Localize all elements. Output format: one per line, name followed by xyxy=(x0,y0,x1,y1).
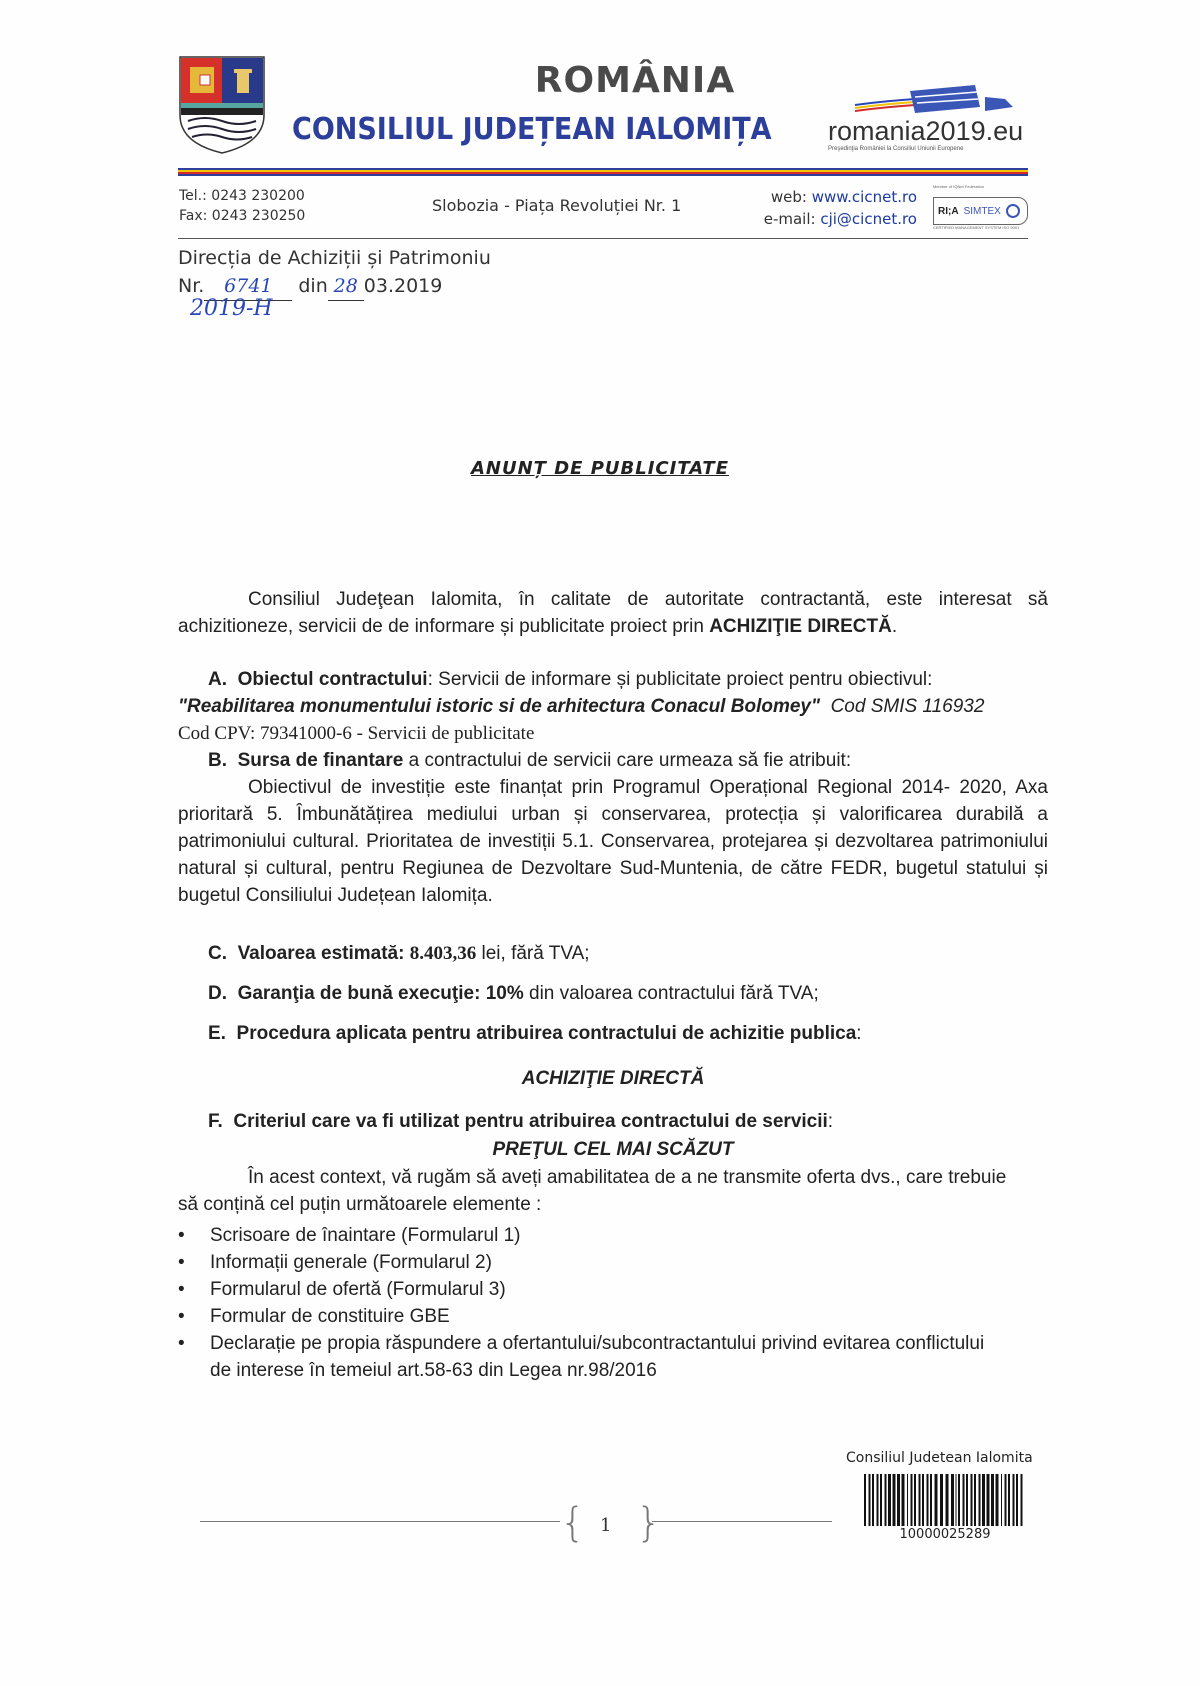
section-b-text: a contractului de servicii care urmeaza … xyxy=(403,750,851,771)
section-a-text: : Servicii de informare și publicitate p… xyxy=(428,669,933,690)
din-label: din xyxy=(298,275,327,297)
section-c-text: lei, fără TVA; xyxy=(476,943,589,964)
eu-presidency-logo-icon xyxy=(855,85,1015,115)
section-d-letter: D. xyxy=(208,983,227,1004)
nr-label: Nr. xyxy=(178,275,204,297)
section-f-heading: Criteriul care va fi utilizat pentru atr… xyxy=(233,1111,827,1132)
section-c-letter: C. xyxy=(208,943,227,964)
project-name: "Reabilitarea monumentului istoric si de… xyxy=(178,696,820,717)
section-e: E. Procedura aplicata pentru atribuirea … xyxy=(178,1020,1078,1047)
page-number: 1 xyxy=(600,1515,611,1536)
footer-rule-left xyxy=(200,1521,560,1522)
criterion-value: PREŢUL CEL MAI SCĂZUT xyxy=(178,1136,1048,1163)
section-b-heading: Sursa de finantare xyxy=(238,750,404,771)
certification-badge: Member of IQNet Federation RI;A SIMTEX C… xyxy=(933,184,1028,234)
section-b: B. Sursa de finantare a contractului de … xyxy=(178,747,1048,909)
list-item: Formularul de ofertă (Formularul 3) xyxy=(178,1276,1008,1303)
section-c-heading: Valoarea estimată xyxy=(238,943,399,964)
section-b-letter: B. xyxy=(208,750,227,771)
section-d-text: din valoarea contractului fără TVA; xyxy=(524,983,819,1004)
section-d: D. Garanţia de bună execuţie: 10% din va… xyxy=(178,980,1078,1007)
section-e-heading: Procedura aplicata pentru atribuirea con… xyxy=(237,1023,857,1044)
tricolor-divider xyxy=(178,168,1028,178)
institution-title: CONSILIUL JUDEȚEAN IALOMIȚA xyxy=(292,112,772,147)
email-label: e-mail: xyxy=(764,210,816,228)
cert-brand-1: RI;A xyxy=(938,206,959,217)
section-a-heading: Obiectul contractului xyxy=(238,669,428,690)
document-title: ANUNȚ DE PUBLICITATE xyxy=(0,458,1200,479)
fax: Fax: 0243 230250 xyxy=(179,206,305,226)
estimated-value: 8.403,36 xyxy=(410,943,477,964)
criterion-value-text: PREŢUL CEL MAI SCĂZUT xyxy=(492,1139,733,1160)
list-item: Declarație pe propia răspundere a oferta… xyxy=(178,1330,1008,1384)
procedure-value: ACHIZIŢIE DIRECTĂ xyxy=(178,1065,1048,1092)
web-label: web: xyxy=(771,188,807,206)
registration-date: 03.2019 xyxy=(364,275,443,297)
cert-circle-icon xyxy=(1006,204,1020,218)
left-brace-icon: { xyxy=(560,1500,585,1546)
section-e-letter: E. xyxy=(208,1023,226,1044)
cert-brand-2: SIMTEX xyxy=(964,206,1001,217)
procedure-value-text: ACHIZIŢIE DIRECTĂ xyxy=(522,1068,705,1089)
section-d-heading: Garanţia de bună execuţie: 10% xyxy=(238,983,524,1004)
list-item: Formular de constituire GBE xyxy=(178,1303,1008,1330)
handwritten-note: 2019-H xyxy=(190,296,273,321)
country-title: ROMÂNIA xyxy=(0,60,1200,101)
eu-presidency-text: romania2019.eu xyxy=(828,116,1023,147)
closing-paragraph: În acest context, vă rugăm să aveți amab… xyxy=(178,1164,1008,1218)
intro-paragraph: Consiliul Judeţean Ialomita, în calitate… xyxy=(178,586,1048,640)
list-item: Informații generale (Formularul 2) xyxy=(178,1249,1008,1276)
phone: Tel.: 0243 230200 xyxy=(179,186,305,206)
section-f: F. Criteriul care va fi utilizat pentru … xyxy=(178,1108,1078,1135)
list-item: Scrisoare de înaintare (Formularul 1) xyxy=(178,1222,1008,1249)
barcode-number: 10000025289 xyxy=(864,1527,1026,1542)
section-e-text: : xyxy=(856,1023,861,1044)
footer-rule-right xyxy=(652,1521,832,1522)
barcode-label: Consiliul Judetean Ialomita xyxy=(846,1450,1033,1466)
cert-bottom-text: CERTIFIED MANAGEMENT SYSTEM ISO 9001 xyxy=(933,225,1028,230)
reference-block: Direcția de Achiziții și Patrimoniu Nr.6… xyxy=(178,244,491,301)
section-f-letter: F. xyxy=(208,1111,223,1132)
intro-bold: ACHIZIŢIE DIRECTĂ xyxy=(709,616,892,637)
intro-end: . xyxy=(892,616,897,637)
section-f-text: : xyxy=(828,1111,833,1132)
section-a-letter: A. xyxy=(208,669,227,690)
barcode-icon xyxy=(864,1474,1026,1526)
funding-paragraph: Obiectivul de investiție este finanțat p… xyxy=(178,774,1048,909)
web-link[interactable]: www.cicnet.ro xyxy=(812,188,917,206)
cpv-code: Cod CPV: 79341000-6 - Servicii de public… xyxy=(178,720,1048,747)
department: Direcția de Achiziții și Patrimoniu xyxy=(178,244,491,272)
email-link[interactable]: cji@cicnet.ro xyxy=(820,210,917,228)
web-email-block: web: www.cicnet.ro e-mail: cji@cicnet.ro xyxy=(752,186,917,230)
section-a: A. Obiectul contractului: Servicii de in… xyxy=(178,666,1048,747)
address: Slobozia - Piața Revoluției Nr. 1 xyxy=(432,196,681,215)
intro-text: Consiliul Judeţean Ialomita, în calitate… xyxy=(178,589,1048,637)
section-c-colon: : xyxy=(398,943,410,964)
smis-code: Cod SMIS 116932 xyxy=(831,696,985,717)
cert-top-text: Member of IQNet Federation xyxy=(933,184,1028,189)
requirements-list: Scrisoare de înaintare (Formularul 1) In… xyxy=(178,1222,1008,1384)
section-c: C. Valoarea estimată: 8.403,36 lei, fără… xyxy=(178,940,1078,967)
registration-day: 28 xyxy=(328,272,364,301)
header-divider xyxy=(178,238,1028,239)
right-brace-icon: } xyxy=(636,1500,661,1546)
eu-presidency-subtitle: Preşedinţia României la Consiliul Uniuni… xyxy=(828,146,963,152)
phone-fax-block: Tel.: 0243 230200 Fax: 0243 230250 xyxy=(179,186,305,226)
